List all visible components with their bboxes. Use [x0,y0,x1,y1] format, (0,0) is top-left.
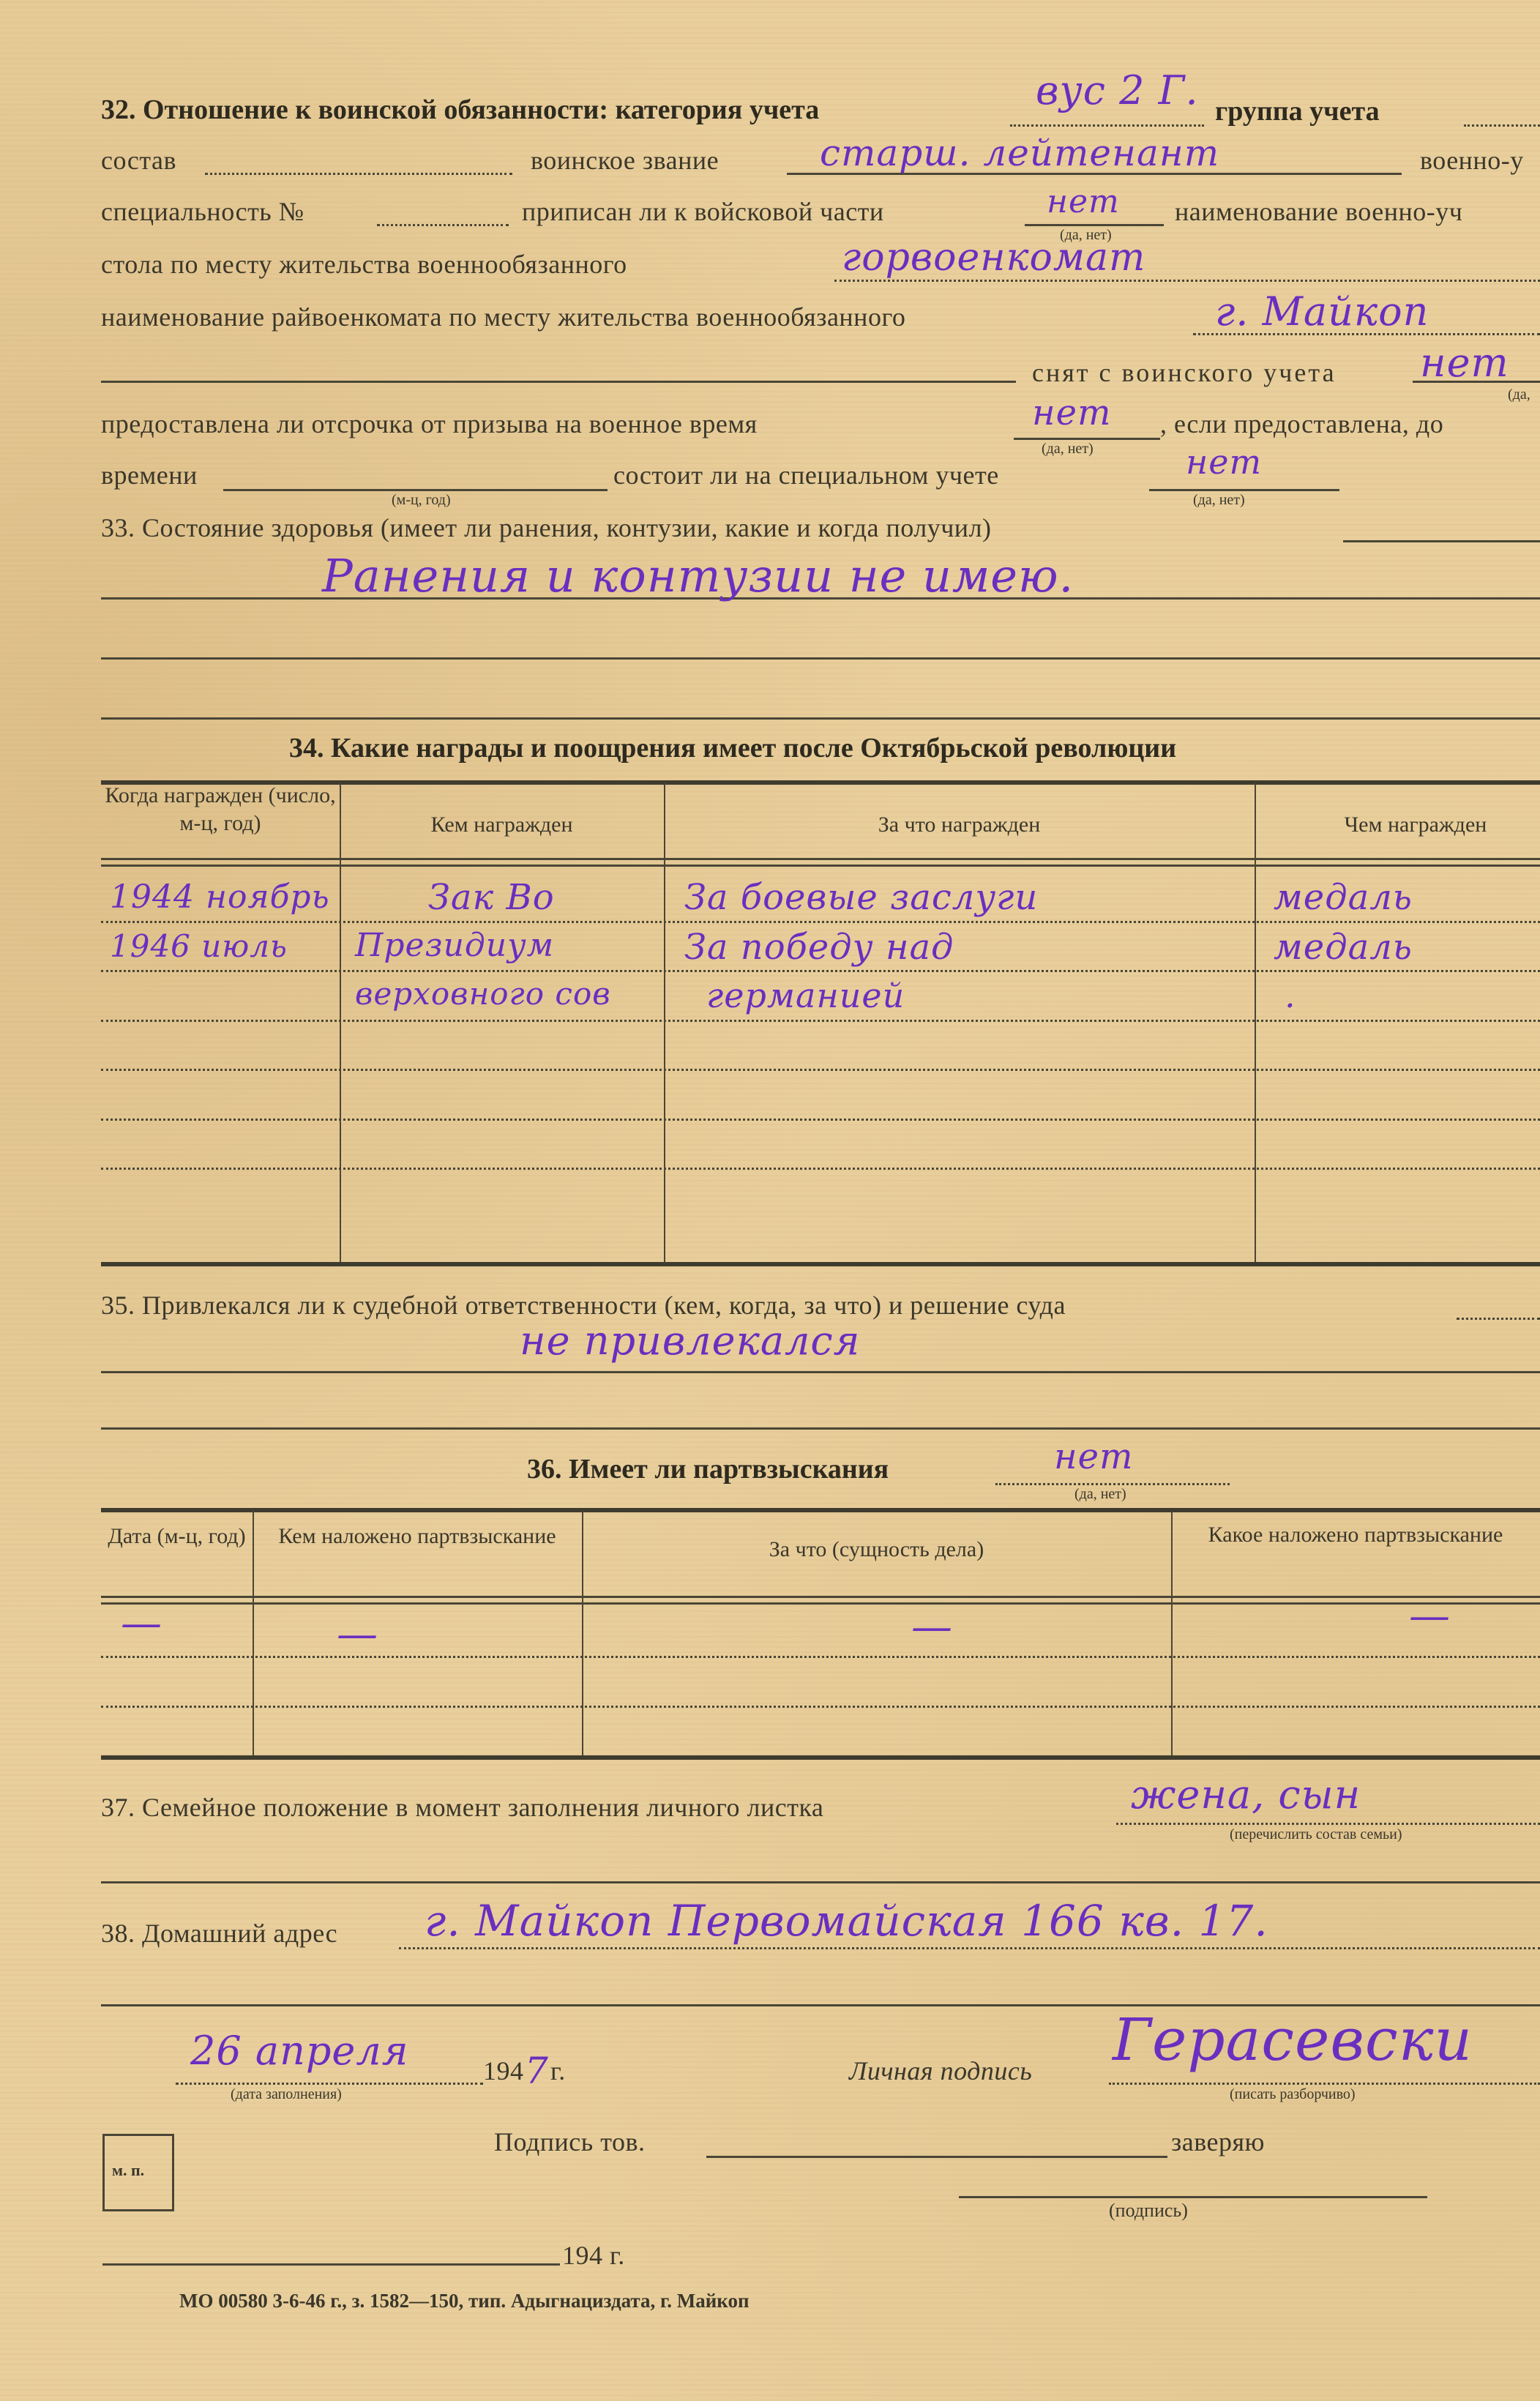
awards-col-award: Чем награжден [1255,811,1540,839]
stamp-label: м. п. [112,2161,144,2180]
special-label: состоит ли на специальном учете [613,460,999,490]
removed-value[interactable]: нет [1420,340,1509,386]
assigned-value[interactable]: нет [1047,183,1120,220]
penalty-for[interactable]: — [911,1603,953,1651]
court-value[interactable]: не привлекался [520,1318,860,1364]
special-hint: (да, нет) [1193,492,1245,509]
military-office-label-2: стола по месту жительства военнообязанно… [101,249,627,280]
award-by[interactable]: Президиум [355,927,554,964]
time-hint: (м-ц, год) [392,492,451,509]
fill-year-prefix: 194 [483,2055,524,2086]
award-for[interactable]: За боевые заслуги [684,877,1038,918]
section-36-title: 36. Имеет ли партвзыскания [527,1453,889,1485]
party-penalty-value[interactable]: нет [1054,1436,1134,1477]
group-label: группа учета [1215,95,1380,127]
district-office-value[interactable]: г. Майкоп [1215,288,1429,335]
district-office-label: наименование райвоенкомата по месту жите… [101,302,905,332]
deferral-hint: (да, нет) [1042,441,1094,458]
penalty-col-what: Какое наложено партвзыскание [1171,1521,1540,1549]
removed-label: снят с воинского учета [1032,357,1337,388]
penalty-col-for: За что (сущность дела) [582,1536,1171,1564]
military-office-value[interactable]: горвоенкомат [842,236,1145,280]
award-type[interactable]: . [1285,976,1296,1015]
address-value[interactable]: г. Майкоп Первомайская 166 кв. 17. [425,1896,1268,1946]
personal-signature-label: Личная подпись [849,2055,1032,2086]
assigned-label: приписан ли к войсковой части [522,196,884,227]
sostav-label: состав [101,145,176,176]
penalty-col-by: Кем наложено партвзыскание [253,1523,582,1550]
fill-date-hint: (дата заполнения) [231,2086,342,2103]
time-label: времени [101,460,198,490]
award-for[interactable]: германией [706,976,905,1015]
section-34-title: 34. Какие награды и поощрения имеет посл… [289,732,1176,764]
award-type[interactable]: медаль [1274,877,1413,918]
award-by[interactable]: верховного сов [355,976,611,1012]
section-38-title: 38. Домашний адрес [101,1918,337,1949]
penalty-what[interactable]: — [1409,1592,1451,1640]
award-for[interactable]: За победу над [684,927,954,968]
section-32-title: 32. Отношение к воинской обязанности: ка… [101,94,819,126]
section-33-title: 33. Состояние здоровья (имеет ли ранения… [101,512,992,543]
signature-hint: (подпись) [1109,2200,1188,2222]
vus-label: военно-у [1420,145,1524,176]
health-value[interactable]: Ранения и контузии не имею. [322,549,1074,602]
comrade-signature-label: Подпись тов. [494,2126,645,2157]
stamp-box: м. п. [102,2134,174,2211]
deferral-value[interactable]: нет [1032,392,1112,433]
fill-date-value[interactable]: 26 апреля [190,2028,409,2074]
award-when[interactable]: 1946 июль [110,928,288,964]
specialty-label: специальность № [101,196,304,227]
special-value[interactable]: нет [1186,442,1262,482]
award-when[interactable]: 1944 ноябрь [110,878,330,916]
family-value[interactable]: жена, сын [1131,1771,1361,1818]
military-office-label-1: наименование военно-уч [1175,196,1462,227]
rank-label: воинское звание [531,145,719,176]
penalty-by[interactable]: — [337,1610,378,1658]
removed-hint: (да, [1508,387,1530,403]
rank-value[interactable]: старш. лейтенант [820,132,1219,174]
print-info: МО 00580 3-6-46 г., з. 1582—150, тип. Ад… [179,2290,750,2312]
award-type[interactable]: медаль [1274,927,1413,968]
party-penalty-hint: (да, нет) [1074,1486,1126,1503]
awards-col-when: Когда награжден (число, м-ц, год) [101,782,340,837]
personal-signature-hint: (писать разборчиво) [1230,2086,1356,2103]
category-value[interactable]: вус 2 Г. [1036,67,1199,113]
award-by[interactable]: Зак Во [428,877,555,918]
deferral-label: предоставлена ли отсрочка от призыва на … [101,408,758,439]
personal-signature-value[interactable]: Герасевски [1113,2006,1473,2074]
awards-col-for: За что награжден [664,811,1255,839]
cert-year: 194 г. [562,2240,625,2271]
awards-col-by: Кем награжден [340,811,664,839]
fill-year-suffix: г. [550,2055,566,2086]
certify-label: заверяю [1171,2126,1265,2157]
fill-year-digit[interactable]: 7 [525,2050,549,2092]
deferral-until-label: , если предоставлена, до [1160,408,1443,439]
section-35-title: 35. Привлекался ли к судебной ответствен… [101,1290,1066,1321]
family-hint: (перечислить состав семьи) [1230,1826,1402,1843]
penalty-date[interactable]: — [121,1599,162,1647]
penalty-col-date: Дата (м-ц, год) [101,1523,253,1550]
section-37-title: 37. Семейное положение в момент заполнен… [101,1792,823,1823]
